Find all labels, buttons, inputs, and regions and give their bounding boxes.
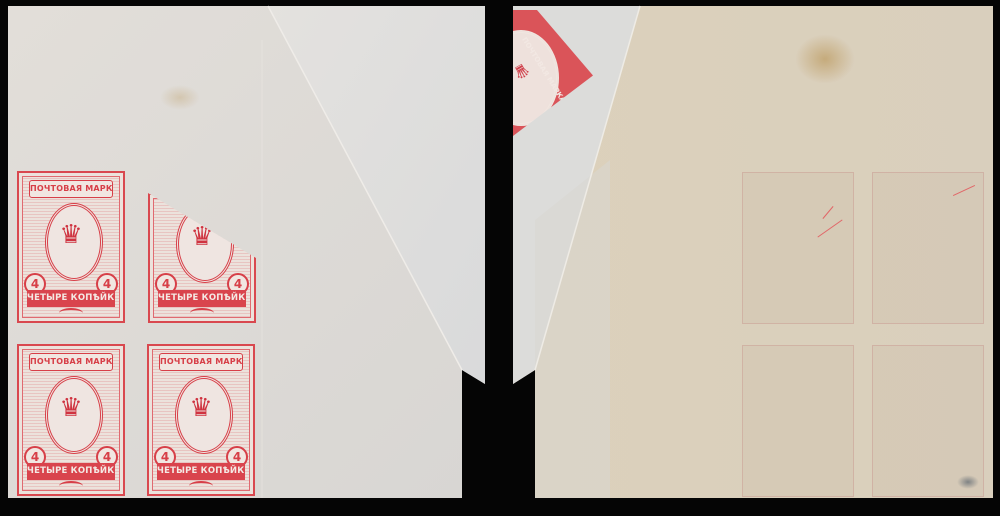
double-headed-eagle-icon: ♛ (57, 388, 85, 428)
stamp-value-text: ЧЕТЫРЕ КОПѢЙКИ (158, 290, 246, 307)
stain (795, 34, 855, 84)
double-headed-eagle-icon: ♛ (57, 215, 85, 255)
stain (160, 85, 200, 110)
stamp-bottom-right: ПОЧТОВАЯ МАРКА ♛ 4 4 ЧЕТЫРЕ КОПѢЙКИ (147, 344, 255, 496)
double-headed-eagle-icon: ♛ (187, 388, 215, 428)
showthrough-top-right (872, 172, 984, 324)
photo-scene: ПОЧТОВАЯ МАРКА ♛ 4 4 ЧЕТЫРЕ КОПѢЙКИ ♛ 4 … (0, 0, 1000, 516)
stamp-top-text: ПОЧТОВАЯ МАРКА (29, 180, 113, 198)
stamp-top-text: ПОЧТОВАЯ МАРКА (159, 353, 243, 371)
showthrough-top-left (742, 172, 854, 324)
stamp-top-left: ПОЧТОВАЯ МАРКА ♛ 4 4 ЧЕТЫРЕ КОПѢЙКИ (17, 171, 125, 323)
showthrough-bottom-left (742, 345, 854, 497)
smudge (957, 475, 979, 489)
stamp-bottom-left: ПОЧТОВАЯ МАРКА ♛ 4 4 ЧЕТЫРЕ КОПѢЙКИ (17, 344, 125, 496)
stamp-value-text: ЧЕТЫРЕ КОПѢЙКИ (27, 290, 115, 307)
stamp-value-text: ЧЕТЫРЕ КОПѢЙКИ (27, 463, 115, 480)
stamp-value-text: ЧЕТЫРЕ КОПѢЙКИ (157, 463, 245, 480)
stamp-top-text: ПОЧТОВАЯ МАРКА (29, 353, 113, 371)
